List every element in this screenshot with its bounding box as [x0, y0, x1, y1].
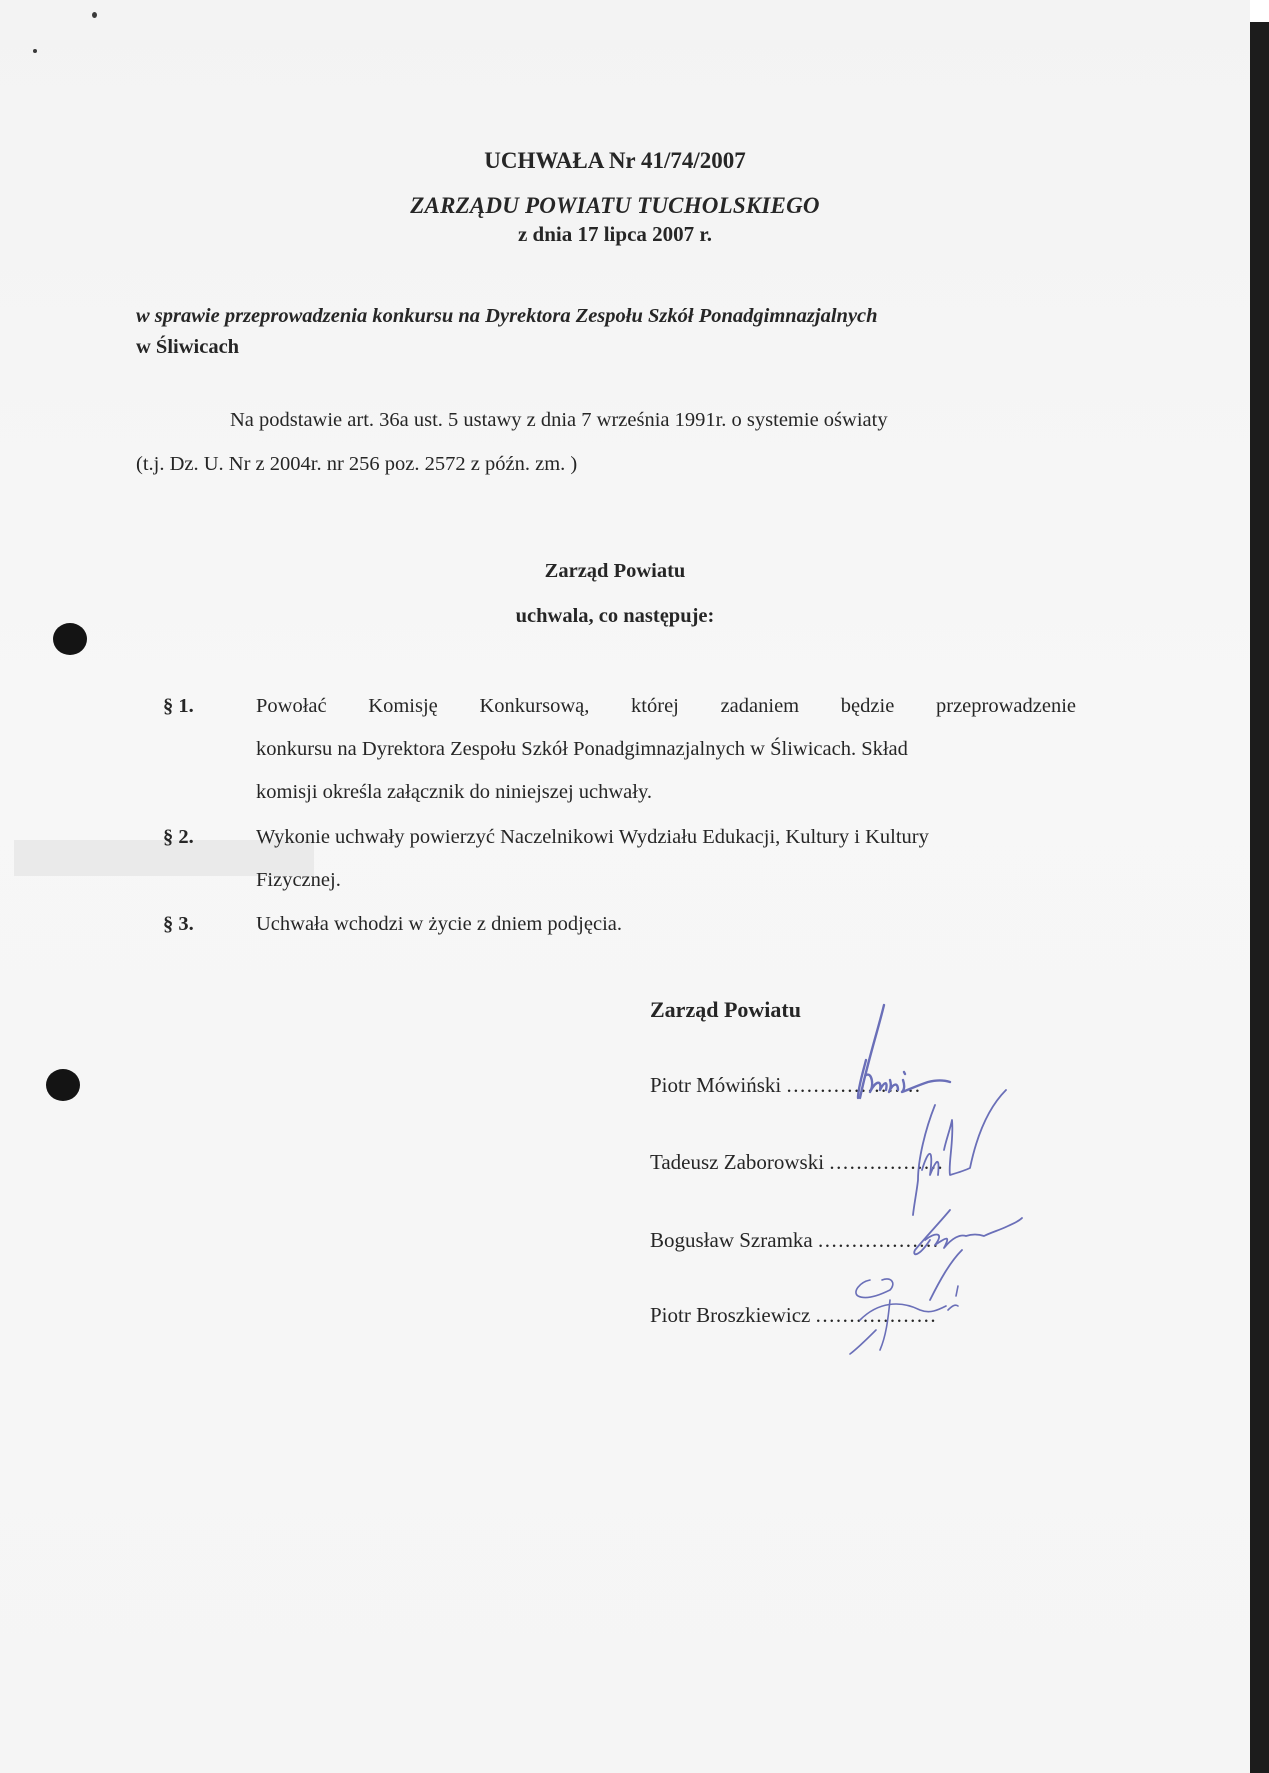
scan-border: [1250, 22, 1269, 1773]
signature-broszkiewicz-icon: [850, 1279, 958, 1354]
signature-mowinski-icon: [858, 1005, 950, 1098]
signature-zaborowski-icon: [913, 1090, 1006, 1215]
document-page: UCHWAŁA Nr 41/74/2007 ZARZĄDU POWIATU TU…: [0, 0, 1250, 1773]
signature-szramka-icon: [914, 1210, 1022, 1300]
scan-margin: [1250, 0, 1269, 22]
handwritten-signatures: [0, 0, 1250, 1773]
